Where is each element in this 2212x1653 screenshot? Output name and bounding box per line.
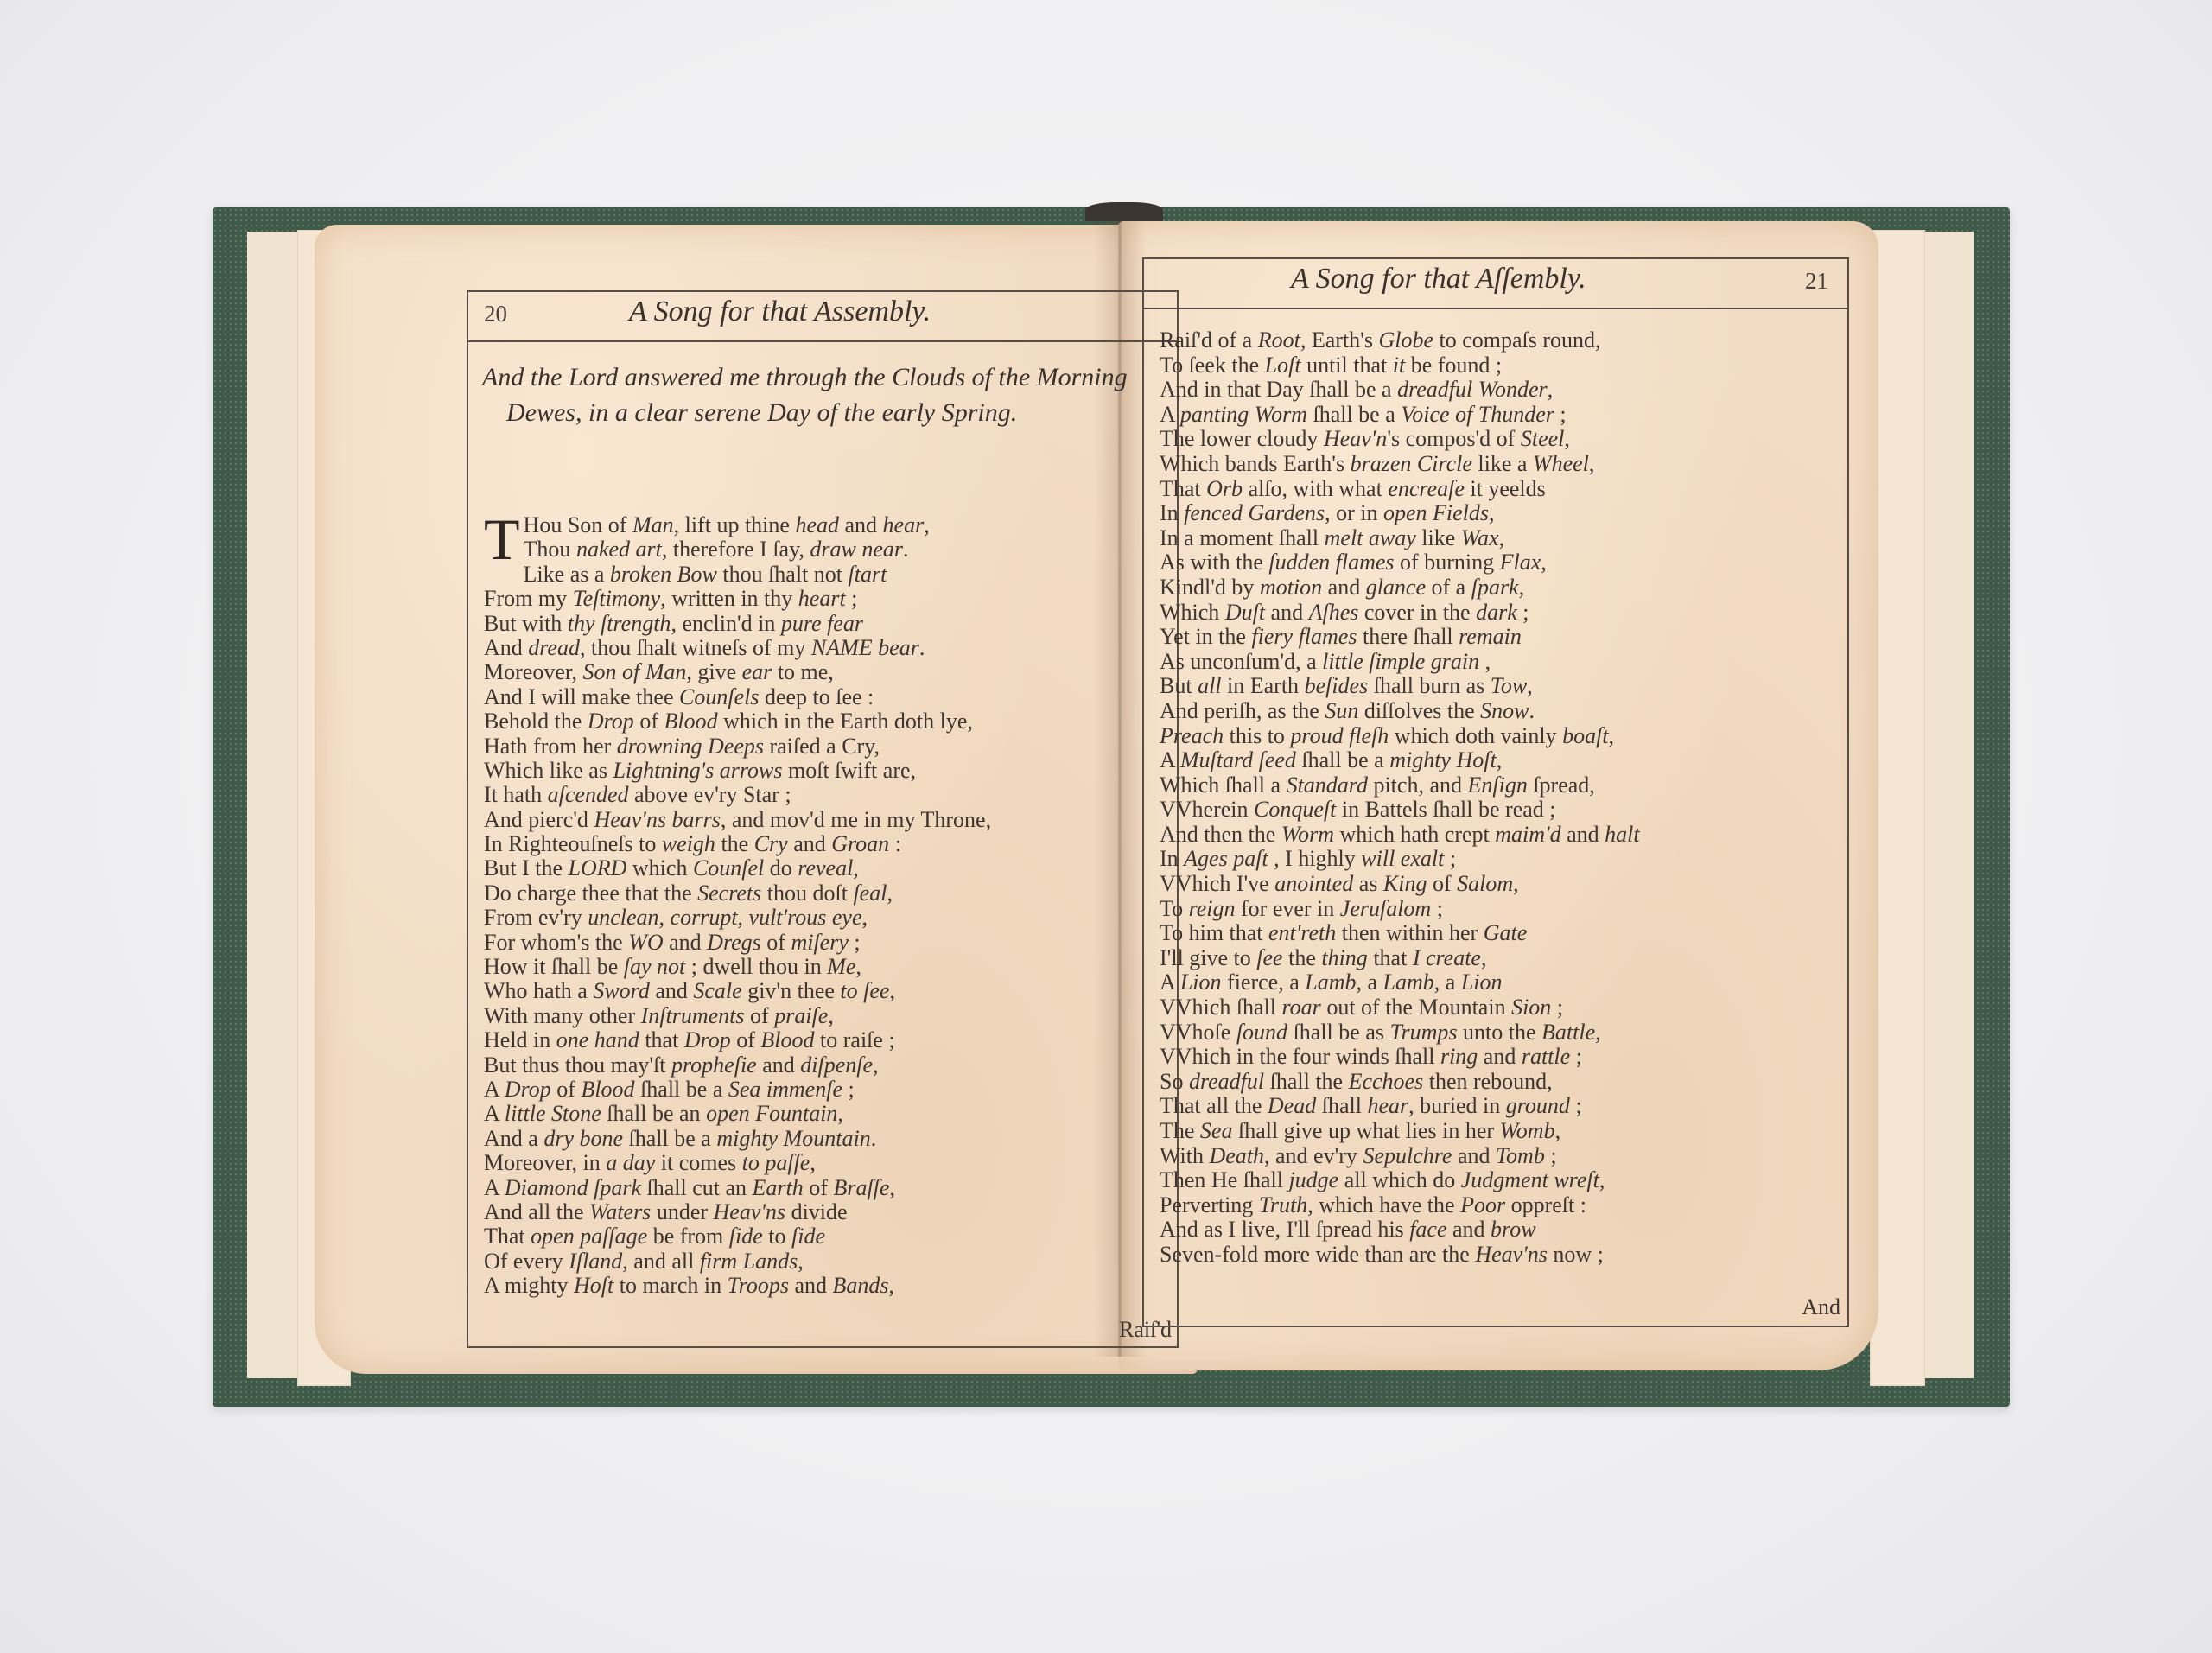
right-running-head: A Song for that Aſſembly. 21	[1144, 259, 1847, 309]
verse-line: Of every Iſland, and all firm Lands,	[484, 1249, 991, 1274]
verse-line: How it ſhall be ſay not ; dwell thou in …	[484, 955, 991, 979]
verse-line: A mighty Hoſt to march in Troops and Ban…	[484, 1274, 991, 1298]
verse-line: The Sea ſhall give up what lies in her W…	[1160, 1119, 1640, 1144]
verse-line: With many other Inſtruments of praiſe,	[484, 1004, 991, 1028]
verse-line: Kindl'd by motion and glance of a ſpark,	[1160, 575, 1640, 601]
verse-line: A Diamond ſpark ſhall cut an Earth of Br…	[484, 1176, 991, 1200]
verse-line: I'll give to ſee the thing that I create…	[1160, 946, 1640, 971]
verse-line: Hath from her drowning Deeps raiſed a Cr…	[484, 734, 991, 759]
verse-line: In Righteouſneſs to weigh the Cry and Gr…	[484, 832, 991, 856]
verse-line: Who hath a Sword and Scale giv'n thee to…	[484, 979, 991, 1003]
verse-line: VVhoſe ſound ſhall be as Trumps unto the…	[1160, 1020, 1640, 1046]
running-head-title: A Song for that Aſſembly.	[1291, 263, 1586, 296]
verse-line: VVhich I've anointed as King of Salom,	[1160, 872, 1640, 897]
verse-line: With Death, and ev'ry Sepulchre and Tomb…	[1160, 1144, 1640, 1169]
verse-line: Then He ſhall judge all which do Judgmen…	[1160, 1168, 1640, 1193]
page-number: 20	[484, 301, 507, 327]
page-number: 21	[1805, 268, 1828, 295]
verse-line: A Lion fierce, a Lamb, a Lamb, a Lion	[1160, 970, 1640, 995]
left-endpaper	[247, 232, 299, 1378]
verse-line: VVherein Conqueſt in Battels ſhall be re…	[1160, 798, 1640, 823]
verse-line: In Ages paſt , I highly will exalt ;	[1160, 847, 1640, 872]
verse-line: Raiſ'd of a Root, Earth's Globe to compa…	[1160, 328, 1640, 353]
verse-line: And dread, thou ſhalt witneſs of my NAME…	[484, 636, 991, 660]
verse-line: And in that Day ſhall be a dreadful Wond…	[1160, 378, 1640, 403]
verse-line: And pierc'd Heav'ns barrs, and mov'd me …	[484, 808, 991, 832]
verse-line: A Drop of Blood ſhall be a Sea immenſe ;	[484, 1078, 991, 1102]
verse-line: But all in Earth beſides ſhall burn as T…	[1160, 674, 1640, 699]
verse-line: That Orb alſo, with what encreaſe it yee…	[1160, 477, 1640, 502]
verse-line: Which bands Earth's brazen Circle like a…	[1160, 452, 1640, 477]
verse-line: In fenced Gardens, or in open Fields,	[1160, 501, 1640, 526]
verse-line: Moreover, in a day it comes to paſſe,	[484, 1151, 991, 1175]
verse-line: Which ſhall a Standard pitch, and Enſign…	[1160, 773, 1640, 798]
verse-line: And then the Worm which hath crept maim'…	[1160, 823, 1640, 848]
verse-line: But I the LORD which Counſel do reveal,	[484, 856, 991, 881]
verse-line: In a moment ſhall melt away like Wax,	[1160, 526, 1640, 551]
verse-line: And periſh, as the Sun diſſolves the Sno…	[1160, 699, 1640, 724]
verse-line: Moreover, Son of Man, give ear to me,	[484, 660, 991, 684]
open-book: 20 A Song for that Assembly. And the Lor…	[213, 207, 2010, 1407]
verse-line: To reign for ever in Jeruſalom ;	[1160, 897, 1640, 922]
right-endpaper	[1922, 232, 1974, 1378]
verse-line: As with the ſudden flames of burning Fla…	[1160, 550, 1640, 575]
left-running-head: 20 A Song for that Assembly.	[468, 292, 1177, 342]
verse-line: But with thy ſtrength, enclin'd in pure …	[484, 612, 991, 636]
verse-line: Perverting Truth, which have the Poor op…	[1160, 1193, 1640, 1218]
verse-line: For whom's the WO and Dregs of miſery ;	[484, 931, 991, 955]
verse-lines-left: THou Son of Man, lift up thine head and …	[484, 513, 991, 1299]
verse-line: But thus thou may'ſt propheſie and diſpe…	[484, 1053, 991, 1078]
verse-line: Thou naked art, therefore I ſay, draw ne…	[484, 537, 991, 562]
section-subheading: And the Lord answered me through the Clo…	[482, 359, 1189, 430]
verse-line: As unconſum'd, a little ſimple grain ,	[1160, 650, 1640, 675]
verse-line: Hou Son of Man, lift up thine head and h…	[484, 513, 991, 537]
verse-line: Preach this to proud fleſh which doth va…	[1160, 724, 1640, 749]
verse-line: The lower cloudy Heav'n's compos'd of St…	[1160, 427, 1640, 452]
verse-line: A Muſtard ſeed ſhall be a mighty Hoſt,	[1160, 748, 1640, 773]
right-page-text-block: A Song for that Aſſembly. 21 Raiſ'd of a…	[1142, 257, 1849, 1327]
catchword: And	[1802, 1294, 1840, 1320]
verse-line: Which like as Lightning's arrows moſt ſw…	[484, 759, 991, 783]
verse-line: VVhich in the four winds ſhall ring and …	[1160, 1045, 1640, 1070]
verse-lines-right: Raiſ'd of a Root, Earth's Globe to compa…	[1160, 328, 1640, 1268]
verse-line: A panting Worm ſhall be a Voice of Thund…	[1160, 403, 1640, 428]
verse-line: To him that ent'reth then within her Gat…	[1160, 921, 1640, 946]
verse-line: Yet in the fiery flames there ſhall rema…	[1160, 625, 1640, 650]
drop-cap: T	[484, 515, 520, 563]
verse-line: It hath aſcended above ev'ry Star ;	[484, 783, 991, 807]
verse-line: So dreadful ſhall the Ecchoes then rebou…	[1160, 1070, 1640, 1095]
verse-line: A little Stone ſhall be an open Fountain…	[484, 1102, 991, 1126]
verse-line: Which Duſt and Aſhes cover in the dark ;	[1160, 601, 1640, 626]
verse-line: Do charge thee that the Secrets thou doſ…	[484, 881, 991, 906]
verse-line: Seven-fold more wide than are the Heav'n…	[1160, 1243, 1640, 1268]
verse-line: And as I live, I'll ſpread his face and …	[1160, 1217, 1640, 1243]
verse-line: From ev'ry unclean, corrupt, vult'rous e…	[484, 906, 991, 930]
verse-line: Held in one hand that Drop of Blood to r…	[484, 1028, 991, 1052]
verse-line: And I will make thee Counſels deep to ſe…	[484, 685, 991, 709]
verse-line: VVhich ſhall roar out of the Mountain Si…	[1160, 995, 1640, 1020]
verse-line: And all the Waters under Heav'ns divide	[484, 1200, 991, 1224]
verse-line: And a dry bone ſhall be a mighty Mountai…	[484, 1127, 991, 1151]
running-head-title: A Song for that Assembly.	[629, 296, 931, 328]
spine-headcap	[1085, 202, 1163, 221]
verse-line: That open paſſage be from ſide to ſide	[484, 1224, 991, 1249]
verse-line: To ſeek the Loſt until that it be found …	[1160, 353, 1640, 378]
left-page-text-block: 20 A Song for that Assembly. And the Lor…	[467, 290, 1179, 1348]
verse-line: Behold the Drop of Blood which in the Ea…	[484, 709, 991, 734]
verse-line: That all the Dead ſhall hear, buried in …	[1160, 1094, 1640, 1119]
verse-line: Like as a broken Bow thou ſhalt not ſtar…	[484, 563, 991, 587]
verse-line: From my Teſtimony, written in thy heart …	[484, 587, 991, 611]
